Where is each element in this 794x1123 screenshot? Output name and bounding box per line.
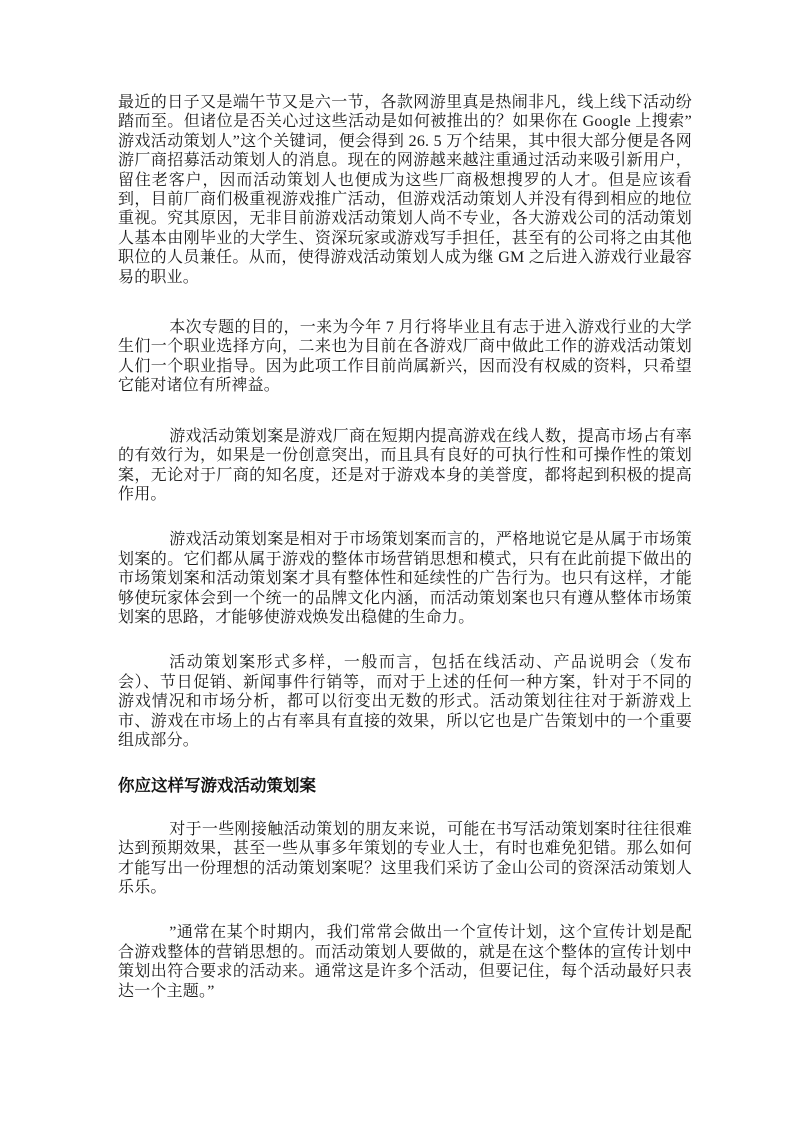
document-page: 最近的日子又是端午节又是六一节，各款网游里真是热闹非凡，线上线下活动纷踏而至。但… [0,0,794,1123]
article-body: 最近的日子又是端午节又是六一节，各款网游里真是热闹非凡，线上线下活动纷踏而至。但… [118,93,692,1001]
paragraph-topic-purpose: 本次专题的目的，一来为今年 7 月行将毕业且有志于进入游戏行业的大学生们一个职业… [118,318,692,396]
paragraph-interview-quote: ”通常在某个时期内，我们常常会做出一个宣传计划，这个宣传计划是配合游戏整体的营销… [118,923,692,1001]
paragraph-plan-vs-market: 游戏活动策划案是相对于市场策划案而言的，严格地说它是从属于市场策划案的。它们都从… [118,530,692,627]
paragraph-interview-intro: 对于一些刚接触活动策划的朋友来说，可能在书写活动策划案时往往很难达到预期效果，甚… [118,820,692,898]
paragraph-intro: 最近的日子又是端午节又是六一节，各款网游里真是热闹非凡，线上线下活动纷踏而至。但… [118,93,692,287]
section-heading: 你应这样写游戏活动策划案 [118,776,692,795]
paragraph-plan-definition: 游戏活动策划案是游戏厂商在短期内提高游戏在线人数，提高市场占有率的有效行为，如果… [118,427,692,505]
paragraph-plan-forms: 活动策划案形式多样，一般而言，包括在线活动、产品说明会（发布会）、节日促销、新闻… [118,653,692,750]
